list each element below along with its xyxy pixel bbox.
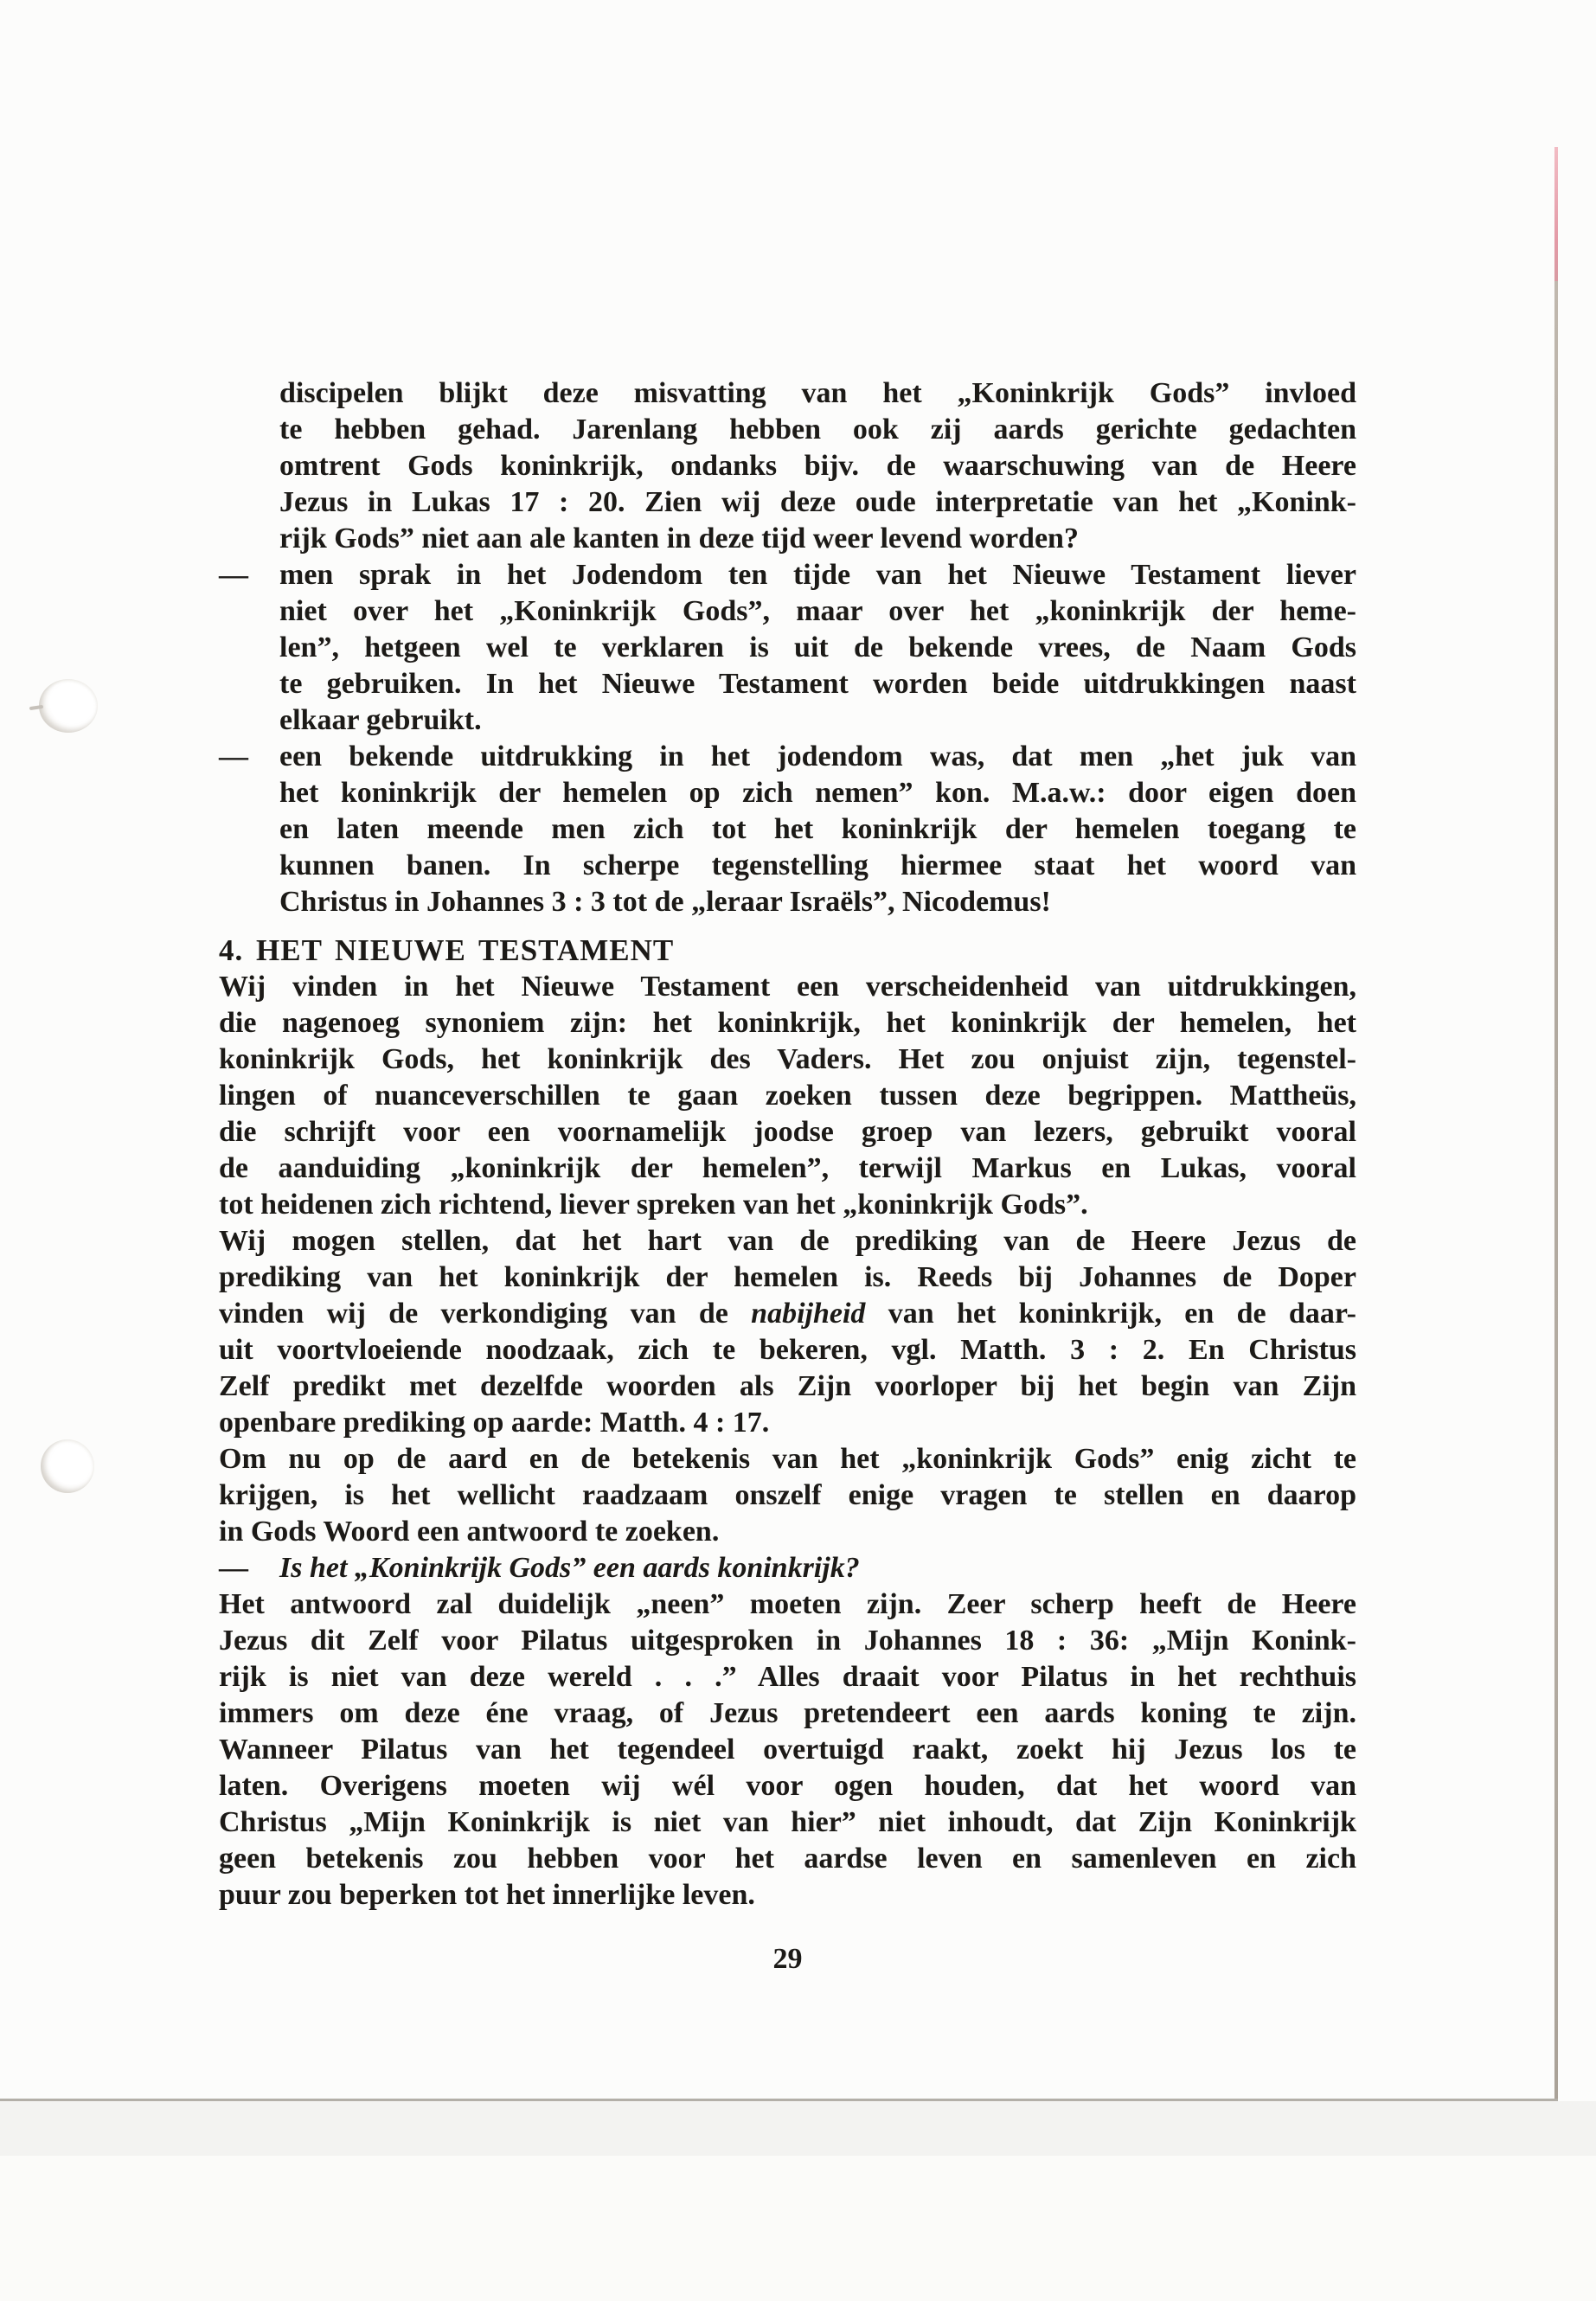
text-line: uit voortvloeiende noodzaak, zich te bek… xyxy=(219,1332,1356,1368)
photocopy-edge-line-gray xyxy=(1554,281,1558,2100)
text-segment: lingen of nuanceverschillen te gaan zoek… xyxy=(219,1080,1356,1112)
text-line: de aanduiding „koninkrijk der hemelen”, … xyxy=(219,1150,1356,1187)
text-segment: in Gods Woord een antwoord te zoeken. xyxy=(219,1516,719,1548)
scanned-book-page: discipelen blijkt deze misvatting van he… xyxy=(0,0,1596,2301)
text-line: omtrent Gods koninkrijk, ondanks bijv. d… xyxy=(279,448,1356,484)
paragraph-indented: discipelen blijkt deze misvatting van he… xyxy=(279,375,1356,557)
text-segment: Jezus dit Zelf voor Pilatus uitgesproken… xyxy=(219,1625,1356,1657)
text-line: kunnen banen. In scherpe tegenstelling h… xyxy=(279,848,1356,884)
list-item: —Is het „Koninkrijk Gods” een aards koni… xyxy=(279,1550,1356,1586)
text-segment: krijgen, is het wellicht raadzaam onszel… xyxy=(219,1479,1356,1511)
text-segment: vinden wij de verkondiging van de xyxy=(219,1298,751,1330)
text-segment: Het antwoord zal duidelijk „neen” moeten… xyxy=(219,1588,1356,1620)
text-segment: niet over het „Koninkrijk Gods”, maar ov… xyxy=(279,595,1356,627)
text-segment: Christus „Mijn Koninkrijk is niet van hi… xyxy=(219,1806,1356,1838)
text-segment: Wij mogen stellen, dat het hart van de p… xyxy=(219,1225,1356,1257)
text-line: Zelf predikt met dezelfde woorden als Zi… xyxy=(219,1368,1356,1405)
text-line: Om nu op de aard en de betekenis van het… xyxy=(219,1441,1356,1477)
paragraph: Wij vinden in het Nieuwe Testament een v… xyxy=(219,969,1356,1223)
text-line: laten. Overigens moeten wij wél voor oge… xyxy=(219,1768,1356,1804)
text-line: geen betekenis zou hebben voor het aards… xyxy=(219,1841,1356,1877)
text-line: in Gods Woord een antwoord te zoeken. xyxy=(219,1514,1356,1550)
scanner-background xyxy=(0,2156,1596,2301)
text-line: Wij vinden in het Nieuwe Testament een v… xyxy=(219,969,1356,1005)
paragraph: Om nu op de aard en de betekenis van het… xyxy=(219,1441,1356,1550)
text-segment: het koninkrijk der hemelen op zich nemen… xyxy=(279,777,1356,809)
text-segment: en laten meende men zich tot het koninkr… xyxy=(279,813,1356,845)
list-dash-marker: — xyxy=(219,739,248,775)
text-line: openbare prediking op aarde: Matth. 4 : … xyxy=(219,1405,1356,1441)
text-segment: puur zou beperken tot het innerlijke lev… xyxy=(219,1879,755,1911)
section-heading: 4. HET NIEUWE TESTAMENT xyxy=(219,933,1356,969)
text-segment: kunnen banen. In scherpe tegenstelling h… xyxy=(279,849,1356,881)
list-item: —men sprak in het Jodendom ten tijde van… xyxy=(279,557,1356,739)
paragraph: Wij mogen stellen, dat het hart van de p… xyxy=(219,1223,1356,1441)
italic-text: nabijheid xyxy=(751,1298,865,1330)
text-line: tot heidenen zich richtend, liever sprek… xyxy=(219,1187,1356,1223)
text-segment: prediking van het koninkrijk der hemelen… xyxy=(219,1261,1356,1293)
text-segment: rijk is niet van deze wereld . . .” Alle… xyxy=(219,1661,1356,1693)
text-line: puur zou beperken tot het innerlijke lev… xyxy=(219,1877,1356,1913)
text-segment: elkaar gebruikt. xyxy=(279,704,482,736)
text-line: lingen of nuanceverschillen te gaan zoek… xyxy=(219,1078,1356,1114)
text-line: discipelen blijkt deze misvatting van he… xyxy=(279,375,1356,412)
text-segment: Christus in Johannes 3 : 3 tot de „leraa… xyxy=(279,886,1051,918)
italic-text: Is het „Koninkrijk Gods” een aards konin… xyxy=(279,1552,860,1584)
page-number: 29 xyxy=(219,1943,1356,1976)
list-item: —een bekende uitdrukking in het jodendom… xyxy=(279,739,1356,920)
text-line: —men sprak in het Jodendom ten tijde van… xyxy=(279,557,1356,593)
text-line: koninkrijk Gods, het koninkrijk des Vade… xyxy=(219,1042,1356,1078)
text-segment: van het koninkrijk, en de daar- xyxy=(865,1298,1356,1330)
text-segment: een bekende uitdrukking in het jodendom … xyxy=(279,740,1356,772)
text-line: —een bekende uitdrukking in het jodendom… xyxy=(279,739,1356,775)
text-line: Het antwoord zal duidelijk „neen” moeten… xyxy=(219,1586,1356,1623)
text-segment: Om nu op de aard en de betekenis van het… xyxy=(219,1443,1356,1475)
text-segment: te hebben gehad. Jarenlang hebben ook zi… xyxy=(279,413,1356,445)
text-segment: rijk Gods” niet aan ale kanten in deze t… xyxy=(279,522,1079,554)
text-segment: de aanduiding „koninkrijk der hemelen”, … xyxy=(219,1152,1356,1184)
text-segment: koninkrijk Gods, het koninkrijk des Vade… xyxy=(219,1043,1356,1075)
binder-hole xyxy=(41,1439,94,1493)
text-line: elkaar gebruikt. xyxy=(279,702,1356,739)
text-segment: te gebruiken. In het Nieuwe Testament wo… xyxy=(279,668,1356,700)
text-segment: laten. Overigens moeten wij wél voor oge… xyxy=(219,1770,1356,1802)
text-line: vinden wij de verkondiging van de nabijh… xyxy=(219,1296,1356,1332)
text-line: het koninkrijk der hemelen op zich nemen… xyxy=(279,775,1356,811)
text-line: immers om deze éne vraag, of Jezus prete… xyxy=(219,1695,1356,1732)
text-segment: uit voortvloeiende noodzaak, zich te bek… xyxy=(219,1334,1356,1366)
text-line: rijk Gods” niet aan ale kanten in deze t… xyxy=(279,521,1356,557)
text-segment: omtrent Gods koninkrijk, ondanks bijv. d… xyxy=(279,450,1356,482)
list-dash-marker: — xyxy=(219,557,248,593)
text-segment: Zelf predikt met dezelfde woorden als Zi… xyxy=(219,1370,1356,1402)
text-segment: die nagenoeg synoniem zijn: het koninkri… xyxy=(219,1007,1356,1039)
text-line: Christus „Mijn Koninkrijk is niet van hi… xyxy=(219,1804,1356,1841)
text-segment: geen betekenis zou hebben voor het aards… xyxy=(219,1843,1356,1875)
photocopy-edge-line-pink xyxy=(1554,147,1558,281)
text-line: Wanneer Pilatus van het tegendeel overtu… xyxy=(219,1732,1356,1768)
text-segment: men sprak in het Jodendom ten tijde van … xyxy=(279,559,1356,591)
text-column: discipelen blijkt deze misvatting van he… xyxy=(219,375,1356,1913)
text-line: te gebruiken. In het Nieuwe Testament wo… xyxy=(279,666,1356,702)
text-segment: Jezus in Lukas 17 : 20. Zien wij deze ou… xyxy=(279,486,1356,518)
text-line: die nagenoeg synoniem zijn: het koninkri… xyxy=(219,1005,1356,1042)
page-bottom-shadow-band xyxy=(0,2101,1596,2156)
text-line: krijgen, is het wellicht raadzaam onszel… xyxy=(219,1477,1356,1514)
text-line: Christus in Johannes 3 : 3 tot de „leraa… xyxy=(279,884,1356,920)
binder-hole xyxy=(39,679,98,733)
text-line: —Is het „Koninkrijk Gods” een aards koni… xyxy=(279,1550,1356,1586)
text-segment: tot heidenen zich richtend, liever sprek… xyxy=(219,1189,1088,1221)
text-line: rijk is niet van deze wereld . . .” Alle… xyxy=(219,1659,1356,1695)
text-segment: Wanneer Pilatus van het tegendeel overtu… xyxy=(219,1734,1356,1766)
text-line: niet over het „Koninkrijk Gods”, maar ov… xyxy=(279,593,1356,630)
text-line: Jezus in Lukas 17 : 20. Zien wij deze ou… xyxy=(279,484,1356,521)
text-line: en laten meende men zich tot het koninkr… xyxy=(279,811,1356,848)
text-segment: discipelen blijkt deze misvatting van he… xyxy=(279,377,1356,409)
text-line: te hebben gehad. Jarenlang hebben ook zi… xyxy=(279,412,1356,448)
text-line: Jezus dit Zelf voor Pilatus uitgesproken… xyxy=(219,1623,1356,1659)
text-segment: die schrijft voor een voornamelijk joods… xyxy=(219,1116,1356,1148)
text-segment: Wij vinden in het Nieuwe Testament een v… xyxy=(219,971,1356,1003)
text-segment: len”, hetgeen wel te verklaren is uit de… xyxy=(279,631,1356,663)
text-segment: immers om deze éne vraag, of Jezus prete… xyxy=(219,1697,1356,1729)
paragraph: Het antwoord zal duidelijk „neen” moeten… xyxy=(219,1586,1356,1913)
text-line: die schrijft voor een voornamelijk joods… xyxy=(219,1114,1356,1150)
text-line: prediking van het koninkrijk der hemelen… xyxy=(219,1259,1356,1296)
text-line: Wij mogen stellen, dat het hart van de p… xyxy=(219,1223,1356,1259)
list-dash-marker: — xyxy=(219,1550,248,1586)
text-line: len”, hetgeen wel te verklaren is uit de… xyxy=(279,630,1356,666)
text-segment: openbare prediking op aarde: Matth. 4 : … xyxy=(219,1407,769,1439)
